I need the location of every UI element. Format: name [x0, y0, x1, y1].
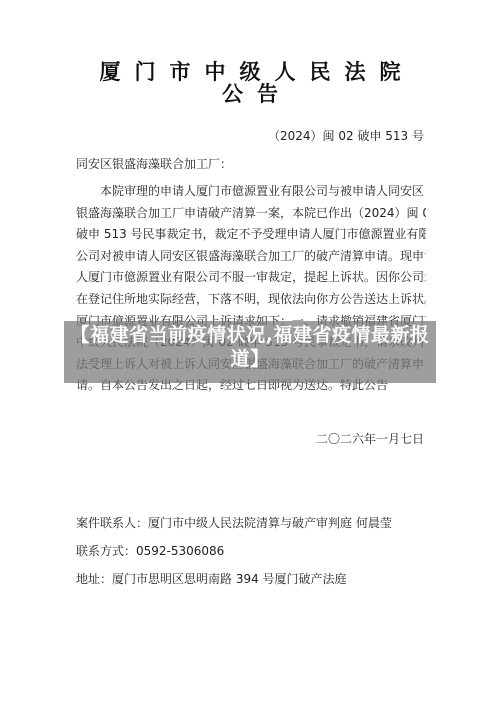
announcement-date: 二〇二六年一月七日	[316, 430, 424, 447]
body-line: 破申 513 号民事裁定书，裁定不予受理申请人厦门市億源置业有限	[76, 224, 426, 246]
contact-person: 案件联系人：厦门市中级人民法院清算与破产审判庭 何晨莹	[76, 514, 392, 531]
contact-phone: 联系方式：0592-5306086	[76, 542, 224, 559]
body-line: 本院审理的申请人厦门市億源置业有限公司与被申请人同安区	[76, 181, 426, 203]
announcement-title: 公告	[0, 82, 500, 106]
body-line: 公司对被申请人同安区银盛海藻联合加工厂的破产清算申请。现申请	[76, 246, 426, 268]
body-line: 在登记住所地实际经营，下落不明，现依法向你方公告送达上诉状。	[76, 289, 426, 311]
body-line: 人厦门市億源置业有限公司不服一审裁定，提起上诉状。因你公司未	[76, 267, 426, 289]
addressee: 同安区银盛海藻联合加工厂：	[76, 155, 232, 172]
contact-address: 地址：厦门市思明区思明南路 394 号厦门破产法庭	[76, 570, 347, 587]
case-number: （2024）闽 02 破申 513 号	[268, 127, 424, 144]
court-name-title: 厦门市中级人民法院	[0, 60, 500, 84]
headline-overlay-text: 【福建省当前疫情状况,福建省疫情最新报道】	[64, 323, 436, 371]
body-line: 银盛海藻联合加工厂申请破产清算一案，本院已作出（2024）闽 02	[76, 203, 426, 225]
